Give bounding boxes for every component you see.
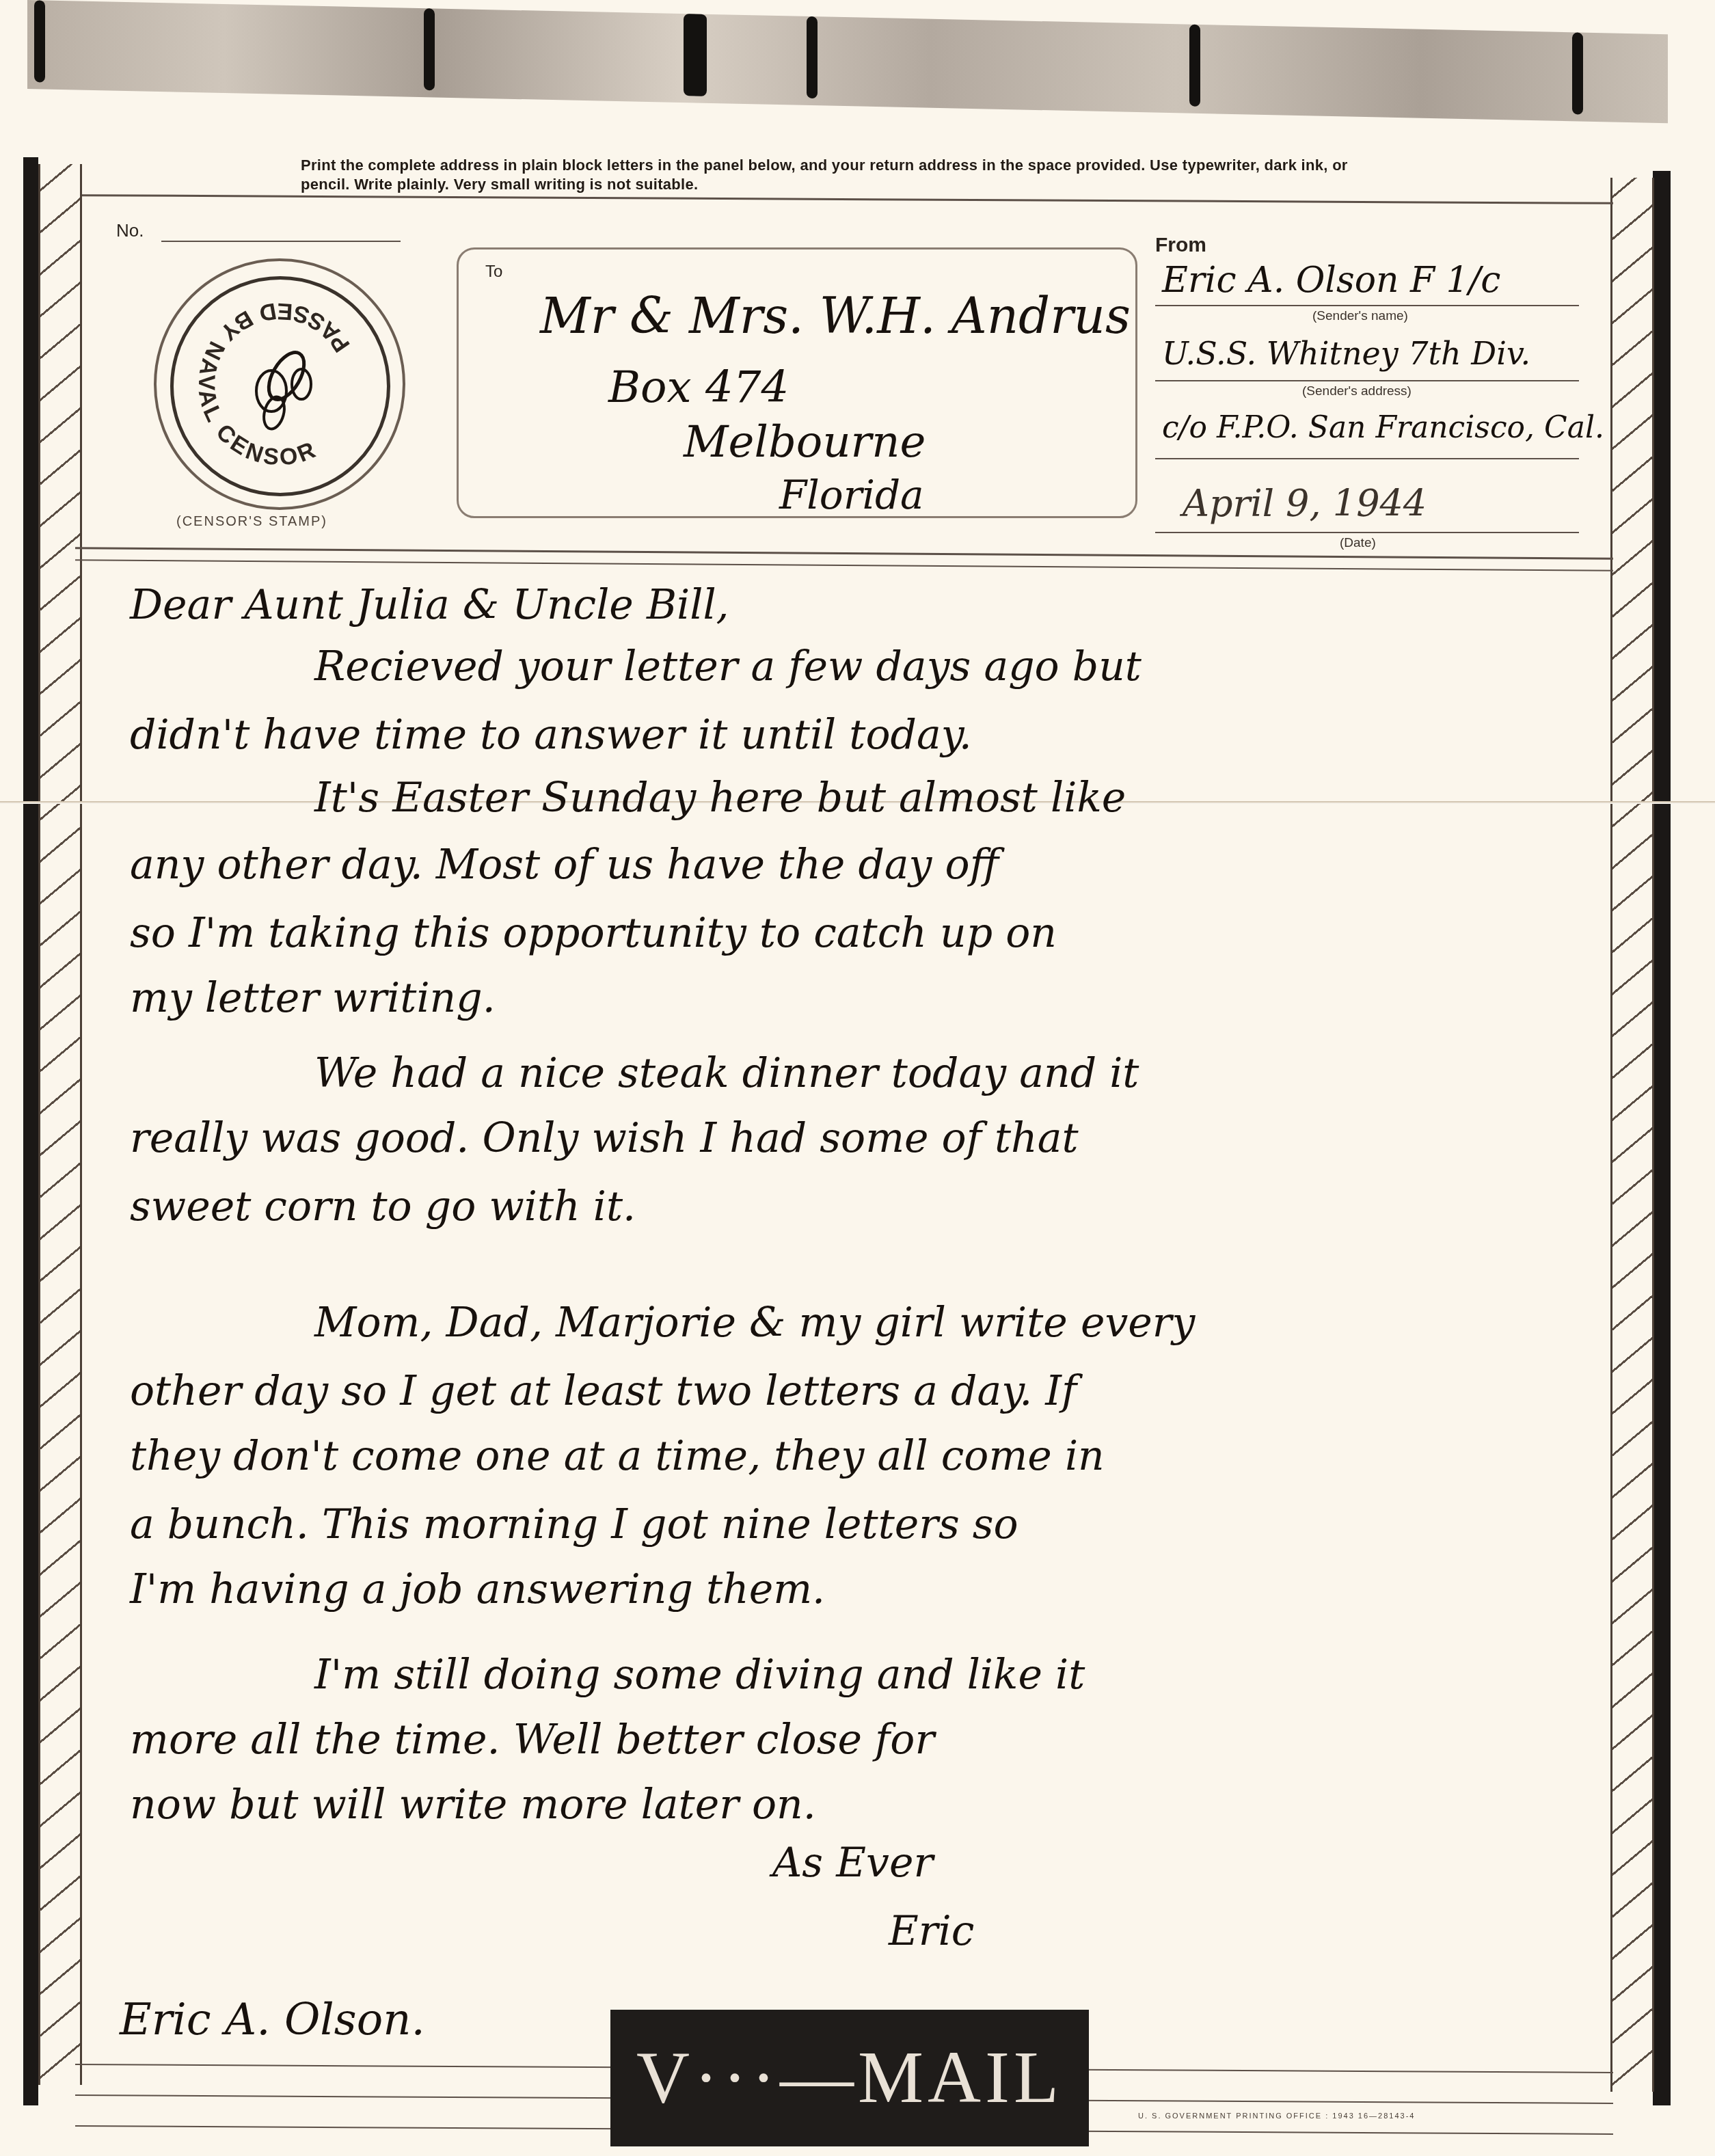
salutation: Dear Aunt Julia & Uncle Bill,	[130, 581, 729, 629]
film-notch	[424, 8, 435, 90]
from-label: From	[1155, 234, 1206, 257]
sender-address-caption: (Sender's address)	[1302, 384, 1412, 399]
letter-line: now but will write more later on.	[130, 1781, 816, 1829]
recipient-name: Mr & Mrs. W.H. Andrus	[540, 287, 1131, 345]
film-notch	[807, 16, 818, 98]
date-caption: (Date)	[1340, 536, 1376, 551]
sender-name-line	[1155, 305, 1579, 306]
right-hatch-margin	[1610, 178, 1654, 2092]
letter-date: April 9, 1944	[1183, 482, 1427, 525]
letter-line: more all the time. Well better close for	[130, 1716, 934, 1764]
left-hatch-margin	[38, 164, 82, 2085]
censor-stamp-icon: PASSED BY NAVAL CENSOR	[157, 261, 403, 507]
sender-name: Eric A. Olson F 1/c	[1162, 260, 1500, 301]
letter-line: Mom, Dad, Marjorie & my girl write every	[314, 1299, 1195, 1347]
film-notch	[34, 0, 45, 82]
signature: Eric	[889, 1907, 974, 1955]
letter-line: other day so I get at least two letters …	[130, 1367, 1077, 1415]
censor-stamp-caption: (CENSOR'S STAMP)	[176, 514, 327, 530]
sender-name-caption: (Sender's name)	[1312, 309, 1408, 324]
letter-line: sweet corn to go with it.	[130, 1183, 636, 1230]
letter-line: a bunch. This morning I got nine letters…	[130, 1500, 1018, 1548]
film-notch	[1572, 32, 1583, 114]
closing: As Ever	[772, 1839, 933, 1887]
sender-address-line	[1155, 380, 1579, 381]
sender-address-line2-rule	[1155, 458, 1579, 459]
form-instructions: Print the complete address in plain bloc…	[301, 156, 1394, 194]
date-line	[1155, 532, 1579, 533]
letter-line: so I'm taking this opportunity to catch …	[130, 909, 1057, 957]
recipient-city: Melbourne	[684, 417, 926, 468]
letter-line: didn't have time to answer it until toda…	[130, 711, 972, 759]
sender-address-line1: U.S.S. Whitney 7th Div.	[1162, 335, 1530, 372]
film-notch	[684, 14, 707, 96]
letter-line: I'm still doing some diving and like it	[314, 1651, 1085, 1699]
svg-text:PASSED BY NAVAL CENSOR: PASSED BY NAVAL CENSOR	[193, 297, 355, 470]
letter-line: my letter writing.	[130, 974, 496, 1022]
letter-line: It's Easter Sunday here but almost like	[314, 774, 1126, 822]
recipient-state: Florida	[779, 472, 924, 518]
number-field	[161, 241, 401, 242]
left-border-bar	[23, 157, 38, 2105]
footer-signature: Eric A. Olson.	[120, 1995, 425, 2045]
letter-line: they don't come one at a time, they all …	[130, 1432, 1105, 1480]
letter-line: Recieved your letter a few days ago but	[314, 643, 1142, 690]
letter-line: I'm having a job answering them.	[130, 1565, 825, 1613]
film-notch	[1189, 25, 1200, 107]
letter-line: really was good. Only wish I had some of…	[130, 1114, 1079, 1162]
right-border-bar	[1653, 171, 1671, 2105]
number-label: No.	[116, 220, 144, 241]
censor-stamp: PASSED BY NAVAL CENSOR	[154, 258, 405, 510]
vmail-logo: V···—MAIL	[610, 2010, 1089, 2146]
sender-address-line2: c/o F.P.O. San Francisco, Cal.	[1162, 410, 1604, 445]
recipient-box: Box 474	[608, 362, 789, 413]
letter-line: any other day. Most of us have the day o…	[130, 841, 999, 889]
to-label: To	[485, 262, 502, 282]
letter-line: We had a nice steak dinner today and it	[314, 1049, 1139, 1097]
printing-office-imprint: U. S. GOVERNMENT PRINTING OFFICE : 1943 …	[1138, 2112, 1415, 2120]
